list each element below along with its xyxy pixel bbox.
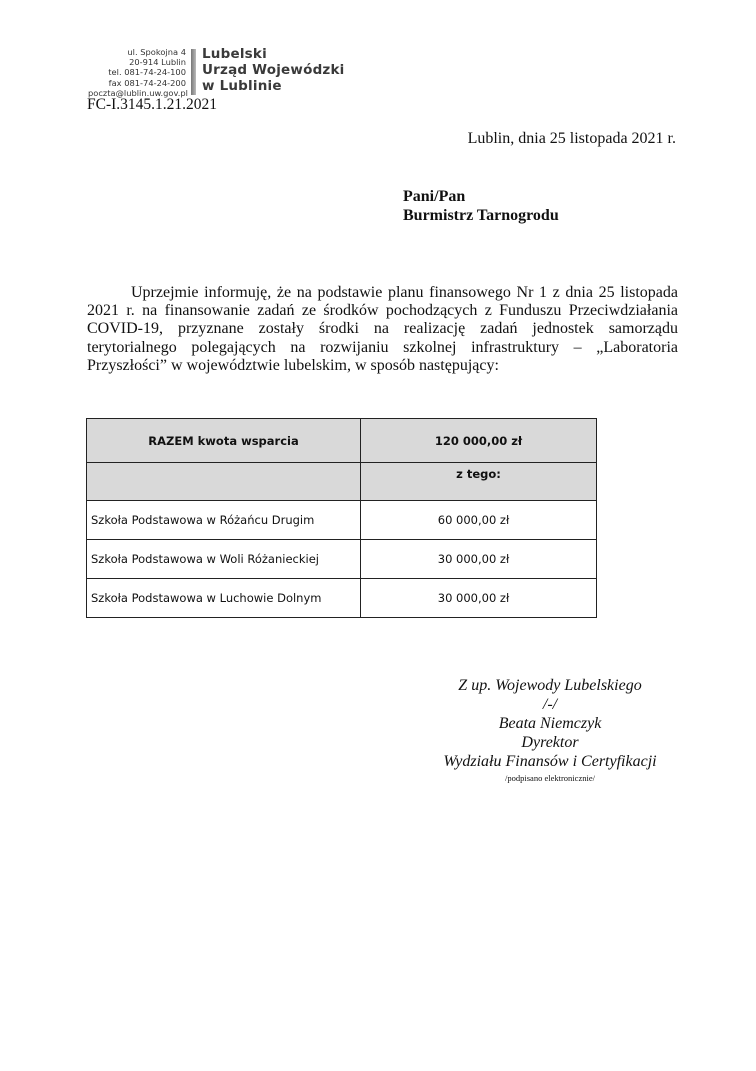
table-row: Szkoła Podstawowa w Woli Różanieckiej 30…: [87, 540, 597, 579]
school-name: Szkoła Podstawowa w Różańcu Drugim: [87, 501, 361, 540]
total-value: 120 000,00 zł: [361, 419, 597, 463]
signatory-title: Dyrektor: [420, 733, 680, 752]
sub-value: z tego:: [361, 463, 597, 501]
school-amount: 30 000,00 zł: [361, 540, 597, 579]
address-city: 20-914 Lublin: [88, 57, 186, 67]
signatory-name: Beata Niemczyk: [420, 714, 680, 733]
total-label: RAZEM kwota wsparcia: [87, 419, 361, 463]
body-paragraph: Uprzejmie informuję, że na podstawie pla…: [87, 284, 678, 375]
signature-note: /podpisano elektronicznie/: [420, 771, 680, 785]
recipient: Pani/Pan Burmistrz Tarnogrodu: [403, 187, 559, 225]
signature-mark: /-/: [420, 695, 680, 714]
address-fax: fax 081-74-24-200: [88, 78, 186, 88]
logo-bar-icon: [191, 49, 196, 95]
school-name: Szkoła Podstawowa w Luchowie Dolnym: [87, 579, 361, 618]
sub-label: [87, 463, 361, 501]
school-amount: 60 000,00 zł: [361, 501, 597, 540]
institution-logo: Lubelski Urząd Wojewódzki w Lublinie: [202, 46, 345, 94]
table-total-row: RAZEM kwota wsparcia 120 000,00 zł: [87, 419, 597, 463]
address-street: ul. Spokojna 4: [88, 47, 186, 57]
signature-block: Z up. Wojewody Lubelskiego /-/ Beata Nie…: [420, 676, 680, 785]
institution-line-1: Lubelski: [202, 46, 345, 62]
school-amount: 30 000,00 zł: [361, 579, 597, 618]
institution-line-3: w Lublinie: [202, 78, 345, 94]
allocation-table: RAZEM kwota wsparcia 120 000,00 zł z teg…: [86, 418, 597, 618]
recipient-salutation: Pani/Pan: [403, 187, 559, 206]
address-phone: tel. 081-74-24-100: [88, 67, 186, 77]
signatory-department: Wydziału Finansów i Certyfikacji: [420, 752, 680, 771]
institution-line-2: Urząd Wojewódzki: [202, 62, 345, 78]
letterhead-address: ul. Spokojna 4 20-914 Lublin tel. 081-74…: [88, 47, 186, 98]
table-row: Szkoła Podstawowa w Luchowie Dolnym 30 0…: [87, 579, 597, 618]
recipient-title: Burmistrz Tarnogrodu: [403, 206, 559, 225]
date-line: Lublin, dnia 25 listopada 2021 r.: [468, 130, 676, 148]
school-name: Szkoła Podstawowa w Woli Różanieckiej: [87, 540, 361, 579]
letter-body: Uprzejmie informuję, że na podstawie pla…: [87, 284, 678, 375]
signature-authority: Z up. Wojewody Lubelskiego: [420, 676, 680, 695]
table-row: Szkoła Podstawowa w Różańcu Drugim 60 00…: [87, 501, 597, 540]
table-subheader-row: z tego:: [87, 463, 597, 501]
reference-number: FC-I.3145.1.21.2021: [87, 96, 217, 114]
